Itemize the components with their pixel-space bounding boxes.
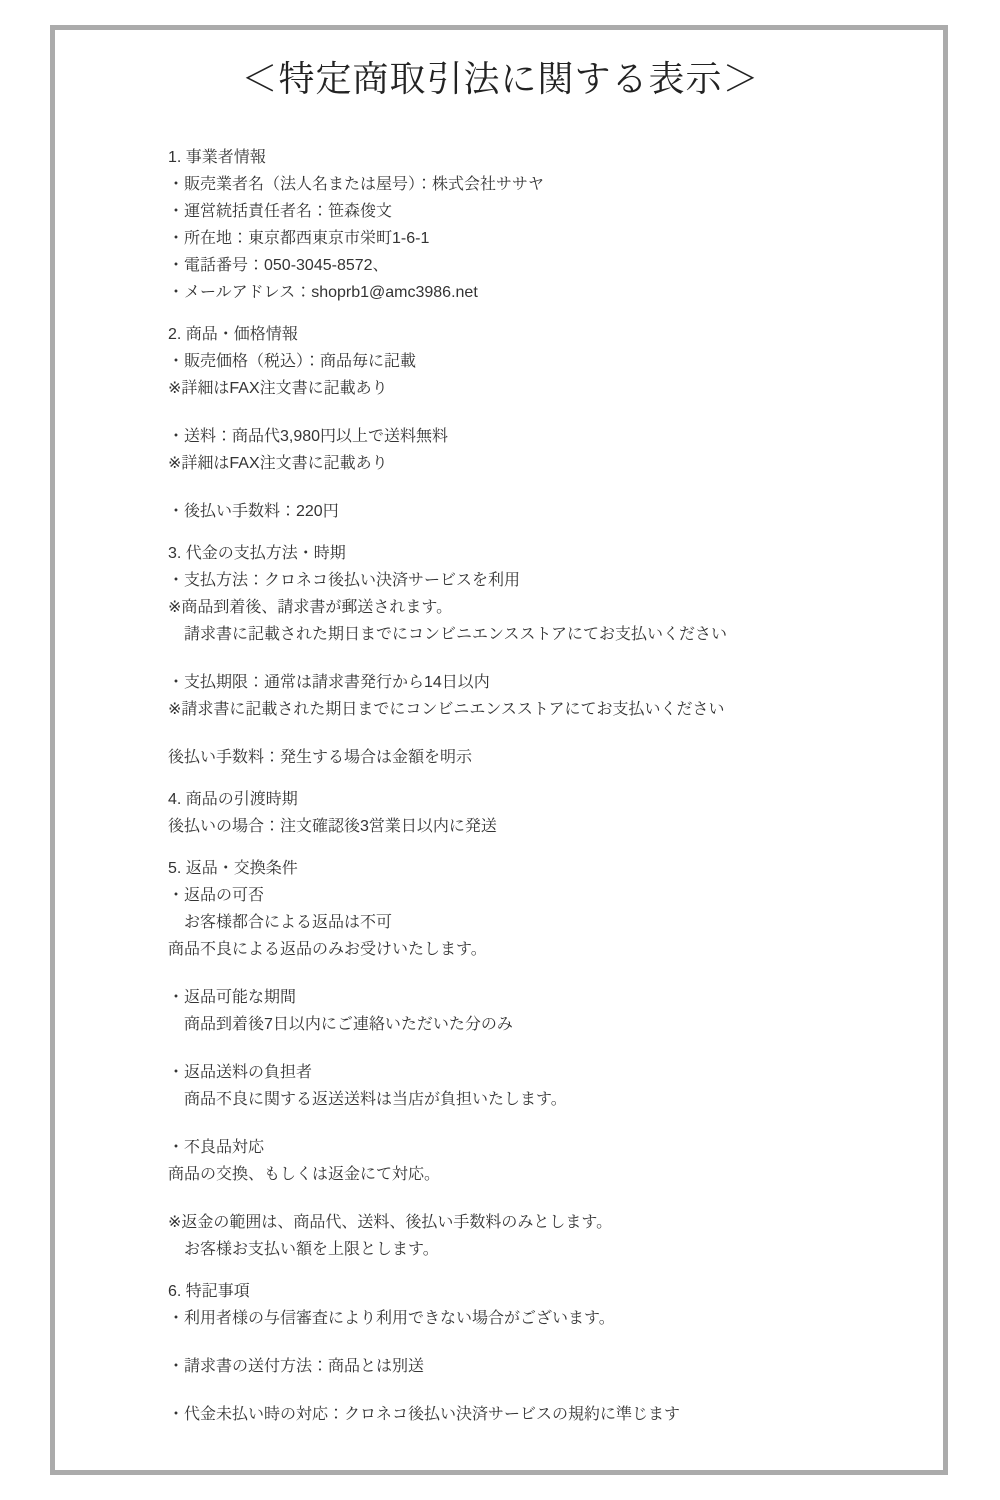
paragraph-block: ・支払期限：通常は請求書発行から14日以内※請求書に記載された期日までにコンビニ…	[168, 669, 903, 723]
text-line: ・返品の可否	[168, 882, 903, 909]
text-line: ※商品到着後、請求書が郵送されます。	[168, 594, 903, 621]
paragraph-block: ・不良品対応商品の交換、もしくは返金にて対応。	[168, 1134, 903, 1188]
text-line: ・電話番号：050-3045-8572、	[168, 252, 903, 279]
text-line: 6. 特記事項	[168, 1278, 903, 1305]
paragraph-block: ・返品送料の負担者 商品不良に関する返送送料は当店が負担いたします。	[168, 1059, 903, 1113]
text-line: ※返金の範囲は、商品代、送料、後払い手数料のみとします。	[168, 1209, 903, 1236]
text-line: 4. 商品の引渡時期	[168, 786, 903, 813]
text-line: ・請求書の送付方法：商品とは別送	[168, 1353, 903, 1380]
page-title: ＜特定商取引法に関する表示＞	[168, 57, 903, 100]
text-line: お客様お支払い額を上限とします。	[168, 1236, 903, 1263]
paragraph-block: ※返金の範囲は、商品代、送料、後払い手数料のみとします。 お客様お支払い額を上限…	[168, 1209, 903, 1263]
text-line: ・返品送料の負担者	[168, 1059, 903, 1086]
text-line: ・メールアドレス：shoprb1@amc3986.net	[168, 279, 903, 306]
text-line: ・送料：商品代3,980円以上で送料無料	[168, 423, 903, 450]
text-line: ・不良品対応	[168, 1134, 903, 1161]
text-line: 商品到着後7日以内にご連絡いただいた分のみ	[168, 1011, 903, 1038]
text-line: ・所在地：東京都西東京市栄町1-6-1	[168, 225, 903, 252]
section-block: 3. 代金の支払方法・時期・支払方法：クロネコ後払い決済サービスを利用※商品到着…	[168, 540, 903, 648]
page: ＜特定商取引法に関する表示＞ 1. 事業者情報・販売業者名（法人名または屋号）：…	[0, 0, 1000, 1500]
text-line: ・代金未払い時の対応：クロネコ後払い決済サービスの規約に準じます	[168, 1401, 903, 1428]
text-line: ・販売業者名（法人名または屋号）：株式会社ササヤ	[168, 171, 903, 198]
text-line: 請求書に記載された期日までにコンビニエンスストアにてお支払いください	[168, 621, 903, 648]
text-line: ・後払い手数料：220円	[168, 498, 903, 525]
text-line: 1. 事業者情報	[168, 144, 903, 171]
paragraph-block: 後払い手数料：発生する場合は金額を明示	[168, 744, 903, 771]
paragraph-block: ・送料：商品代3,980円以上で送料無料※詳細はFAX注文書に記載あり	[168, 423, 903, 477]
text-line: ※詳細はFAX注文書に記載あり	[168, 450, 903, 477]
text-line: ・支払方法：クロネコ後払い決済サービスを利用	[168, 567, 903, 594]
section-block: 6. 特記事項・利用者様の与信審査により利用できない場合がございます。	[168, 1278, 903, 1332]
text-line: お客様都合による返品は不可	[168, 909, 903, 936]
text-line: ・販売価格（税込）：商品毎に記載	[168, 348, 903, 375]
paragraph-block: ・後払い手数料：220円	[168, 498, 903, 525]
text-line: 商品の交換、もしくは返金にて対応。	[168, 1161, 903, 1188]
document-body: 1. 事業者情報・販売業者名（法人名または屋号）：株式会社ササヤ・運営統括責任者…	[168, 144, 903, 1428]
section-block: 1. 事業者情報・販売業者名（法人名または屋号）：株式会社ササヤ・運営統括責任者…	[168, 144, 903, 306]
page-frame: ＜特定商取引法に関する表示＞ 1. 事業者情報・販売業者名（法人名または屋号）：…	[50, 25, 948, 1475]
section-block: 2. 商品・価格情報・販売価格（税込）：商品毎に記載※詳細はFAX注文書に記載あ…	[168, 321, 903, 402]
text-line: ・運営統括責任者名：笹森俊文	[168, 198, 903, 225]
paragraph-block: ・請求書の送付方法：商品とは別送	[168, 1353, 903, 1380]
text-line: 後払いの場合：注文確認後3営業日以内に発送	[168, 813, 903, 840]
paragraph-block: ・代金未払い時の対応：クロネコ後払い決済サービスの規約に準じます	[168, 1401, 903, 1428]
text-line: 2. 商品・価格情報	[168, 321, 903, 348]
section-block: 4. 商品の引渡時期後払いの場合：注文確認後3営業日以内に発送	[168, 786, 903, 840]
text-line: 5. 返品・交換条件	[168, 855, 903, 882]
text-line: 後払い手数料：発生する場合は金額を明示	[168, 744, 903, 771]
text-line: 商品不良に関する返送送料は当店が負担いたします。	[168, 1086, 903, 1113]
text-line: ・返品可能な期間	[168, 984, 903, 1011]
text-line: 3. 代金の支払方法・時期	[168, 540, 903, 567]
paragraph-block: ・返品可能な期間 商品到着後7日以内にご連絡いただいた分のみ	[168, 984, 903, 1038]
text-line: ※請求書に記載された期日までにコンビニエンスストアにてお支払いください	[168, 696, 903, 723]
text-line: ・支払期限：通常は請求書発行から14日以内	[168, 669, 903, 696]
page-content: ＜特定商取引法に関する表示＞ 1. 事業者情報・販売業者名（法人名または屋号）：…	[55, 30, 943, 1470]
text-line: 商品不良による返品のみお受けいたします。	[168, 936, 903, 963]
text-line: ※詳細はFAX注文書に記載あり	[168, 375, 903, 402]
section-block: 5. 返品・交換条件・返品の可否 お客様都合による返品は不可商品不良による返品の…	[168, 855, 903, 963]
text-line: ・利用者様の与信審査により利用できない場合がございます。	[168, 1305, 903, 1332]
